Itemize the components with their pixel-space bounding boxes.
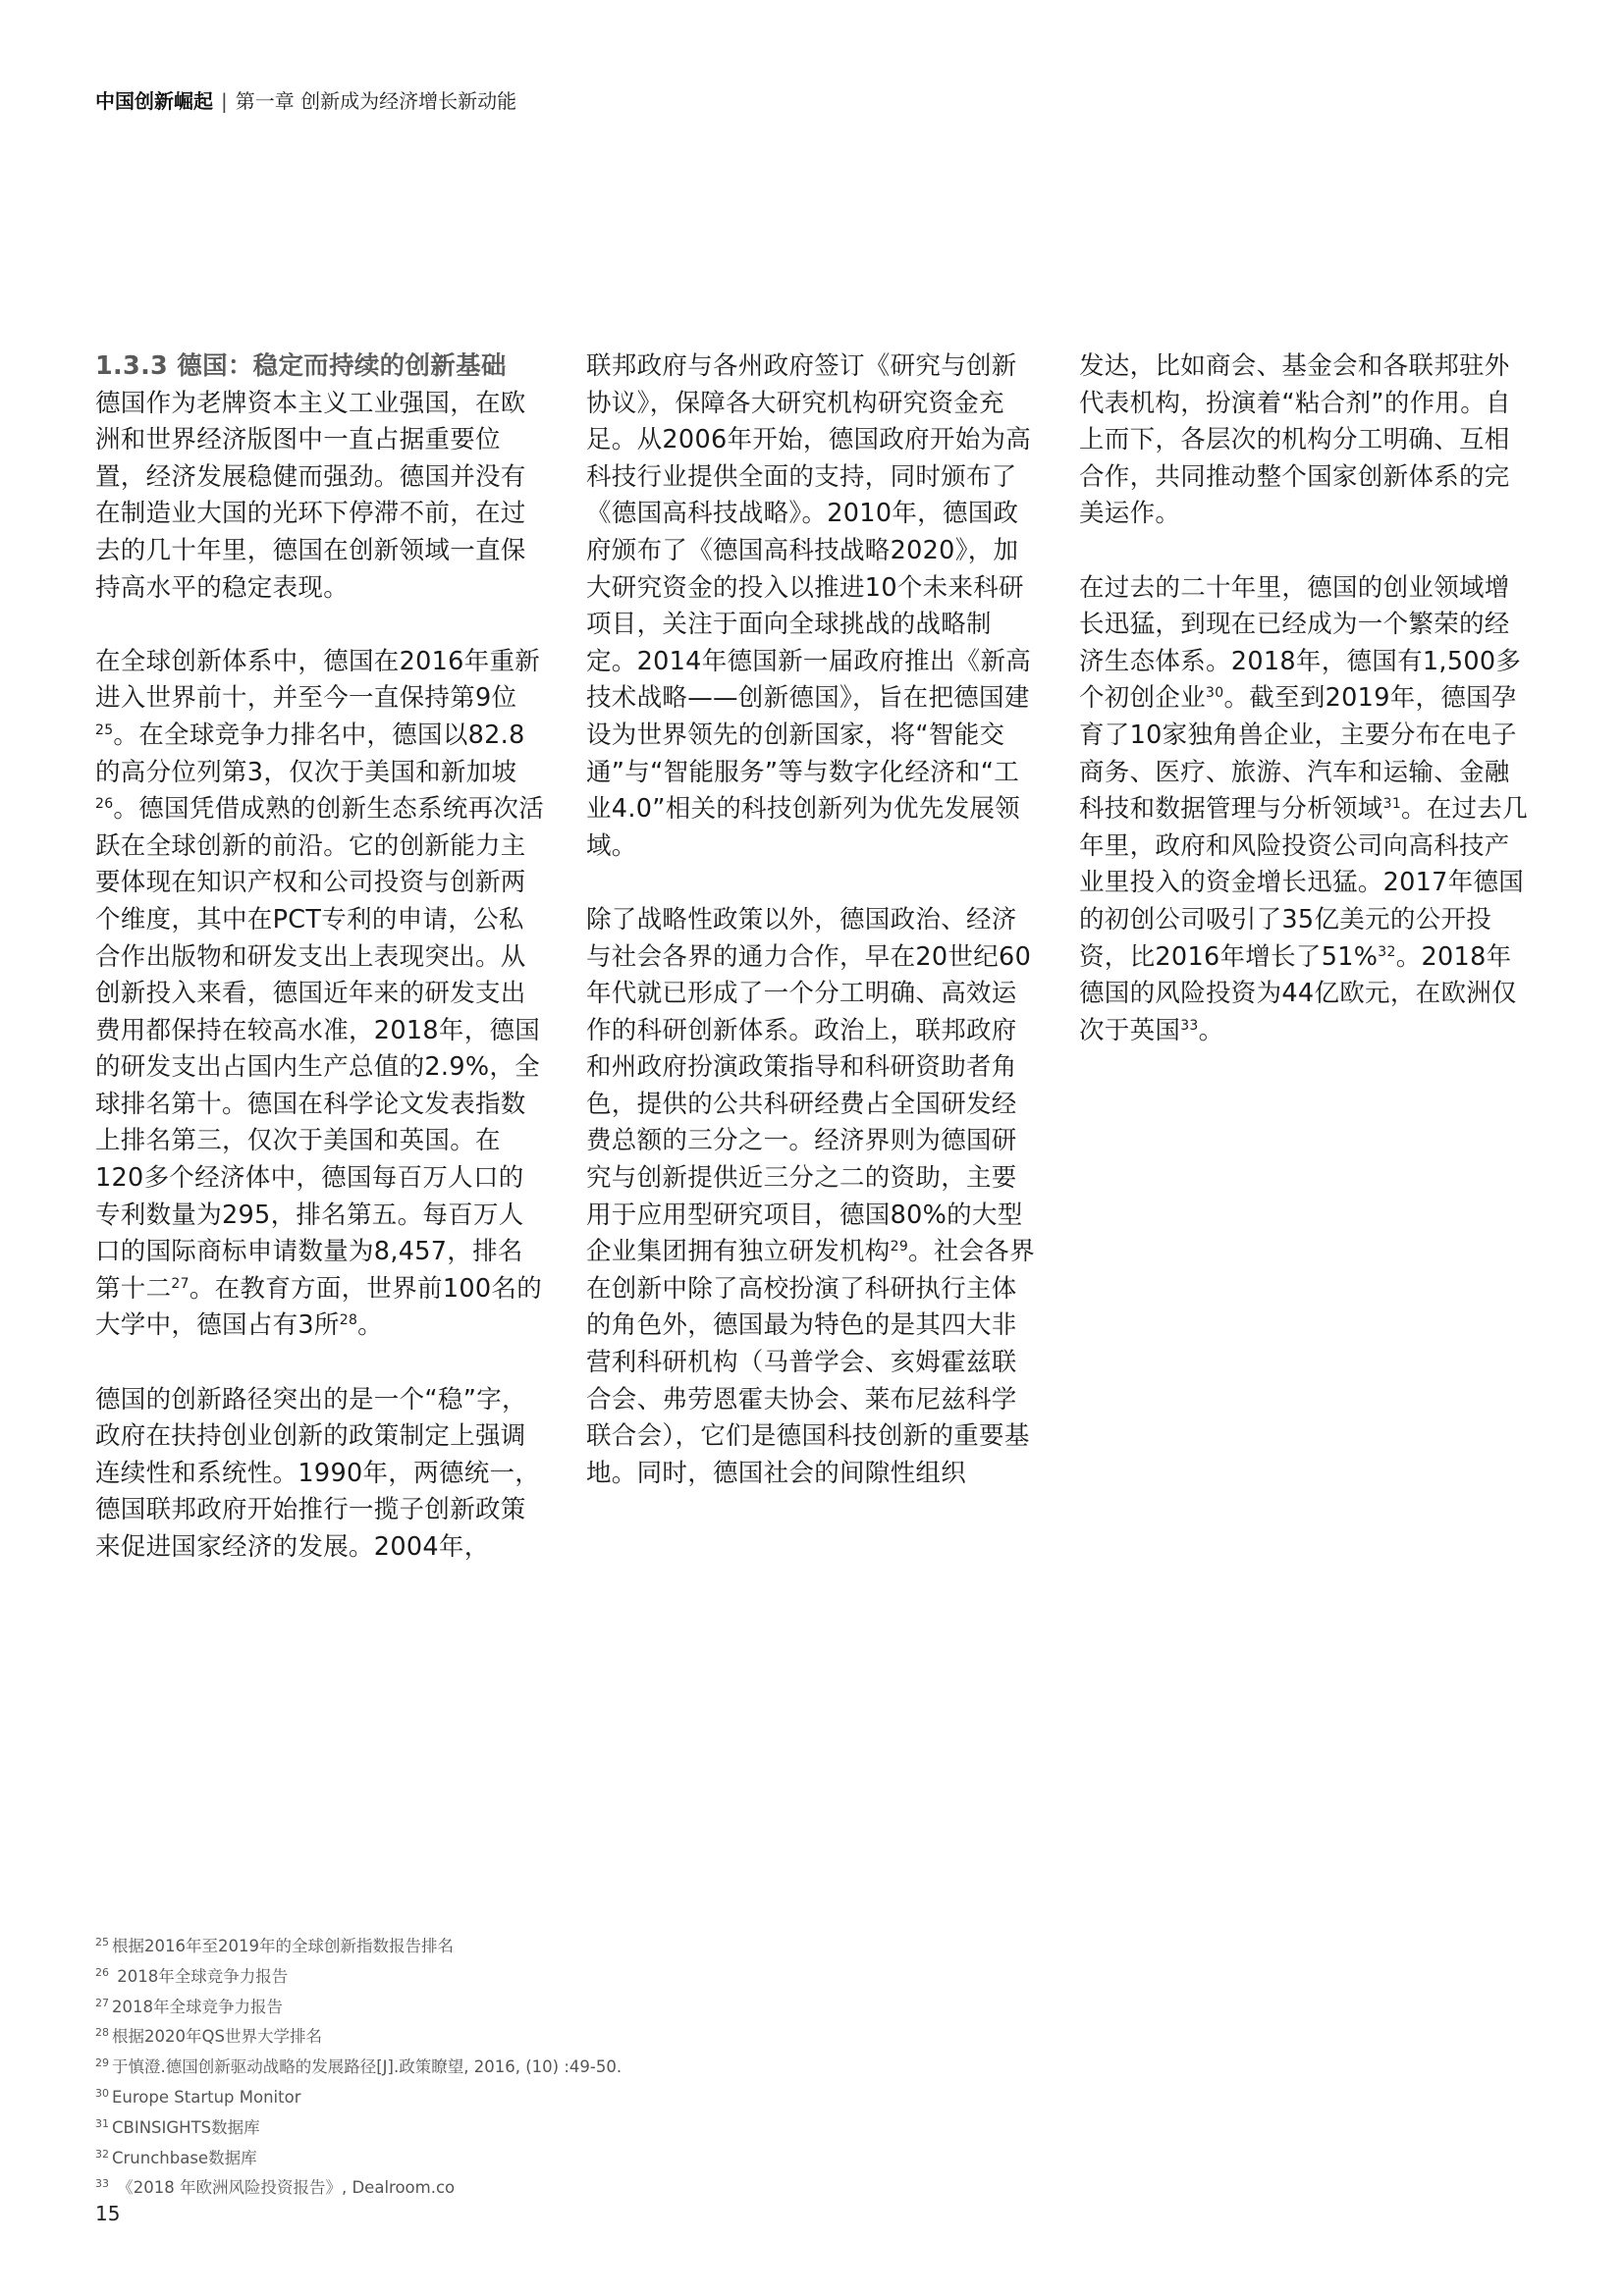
paragraph-text: 。 — [1199, 1016, 1224, 1045]
footnote-28: 28根据2020年QS世界大学排名 — [95, 2022, 622, 2053]
footnote-ref[interactable]: 28 — [340, 1312, 357, 1328]
footnote-number: 26 — [95, 1966, 109, 1979]
footnote-ref[interactable]: 32 — [1378, 944, 1395, 960]
paragraph-text: 。社会各界在创新中除了高校扮演了科研执行主体的角色外，德国最为特色的是其四大非营… — [586, 1237, 1035, 1488]
paragraph-text: 德国的创新路径突出的是一个“稳”字，政府在扶持创业创新的政策制定上强调连续性和系… — [95, 1385, 540, 1562]
paragraph: 在全球创新体系中，德国在2016年重新进入世界前十，并至今一直保持第9位25。在… — [95, 644, 545, 1345]
paragraph-text: 。 — [357, 1310, 383, 1340]
footnote-number: 25 — [95, 1936, 109, 1949]
paragraph-text: 在全球创新体系中，德国在2016年重新进入世界前十，并至今一直保持第9位 — [95, 647, 540, 714]
paragraph: 除了战略性政策以外，德国政治、经济与社会各界的通力合作，早在20世纪60年代就已… — [586, 902, 1036, 1493]
footnote-27: 272018年全球竞争力报告 — [95, 1993, 622, 2023]
paragraph-text: 联邦政府与各州政府签订《研究与创新协议》，保障各大研究机构研究资金充足。从200… — [586, 351, 1031, 861]
paragraph-text: 除了战略性政策以外，德国政治、经济与社会各界的通力合作，早在20世纪60年代就已… — [586, 905, 1031, 1266]
page-number: 15 — [95, 2202, 120, 2225]
footnote-number: 28 — [95, 2026, 109, 2039]
footnote-text: 根据2020年QS世界大学排名 — [112, 2027, 322, 2046]
header-separator: | — [221, 89, 228, 113]
footnote-31: 31CBINSIGHTS数据库 — [95, 2113, 622, 2144]
footnote-text: Europe Startup Monitor — [112, 2088, 300, 2107]
footnote-ref[interactable]: 26 — [95, 796, 113, 812]
paragraph-text: 。在全球竞争力排名中，德国以82.8的高分位列第3，仅次于美国和新加坡 — [95, 721, 525, 787]
footnote-text: 根据2016年至2019年的全球创新指数报告排名 — [112, 1937, 454, 1955]
book-title: 中国创新崛起 — [95, 89, 213, 113]
footnote-25: 25根据2016年至2019年的全球创新指数报告排名 — [95, 1932, 622, 1962]
footnote-ref[interactable]: 33 — [1180, 1018, 1198, 1034]
footnote-text: 《2018 年欧洲风险投资报告》, Dealroom.co — [112, 2178, 455, 2197]
paragraph: 在过去的二十年里，德国的创业领域增长迅猛，到现在已经成为一个繁荣的经济生态体系。… — [1079, 570, 1529, 1050]
footnote-30: 30Europe Startup Monitor — [95, 2083, 622, 2113]
footnote-number: 27 — [95, 1997, 109, 2009]
footnote-text: 2018年全球竞争力报告 — [112, 1998, 283, 2016]
running-header: 中国创新崛起|第一章 创新成为经济增长新动能 — [95, 88, 516, 114]
paragraph-text: 德国作为老牌资本主义工业强国，在欧洲和世界经济版图中一直占据重要位置，经济发展稳… — [95, 389, 526, 603]
paragraph: 联邦政府与各州政府签订《研究与创新协议》，保障各大研究机构研究资金充足。从200… — [586, 348, 1036, 865]
footnote-32: 32Crunchbase数据库 — [95, 2144, 622, 2174]
text-column-1: 1.3.3 德国：稳定而持续的创新基础 德国作为老牌资本主义工业强国，在欧洲和世… — [95, 348, 545, 1603]
footnote-29: 29于慎澄.德国创新驱动战略的发展路径[J].政策瞭望, 2016, (10) … — [95, 2053, 622, 2083]
footnote-text: 2018年全球竞争力报告 — [112, 1967, 288, 1986]
text-column-2: 联邦政府与各州政府签订《研究与创新协议》，保障各大研究机构研究资金充足。从200… — [586, 348, 1036, 1529]
footnote-number: 33 — [95, 2177, 109, 2190]
footnote-text: Crunchbase数据库 — [112, 2149, 257, 2167]
footnote-33: 33 《2018 年欧洲风险投资报告》, Dealroom.co — [95, 2173, 622, 2204]
section-heading: 1.3.3 德国：稳定而持续的创新基础 — [95, 348, 545, 386]
text-column-3: 发达，比如商会、基金会和各联邦驻外代表机构，扮演着“粘合剂”的作用。自上而下，各… — [1079, 348, 1529, 1087]
chapter-title: 第一章 创新成为经济增长新动能 — [236, 89, 516, 113]
paragraph-text: 。德国凭借成熟的创新生态系统再次活跃在全球创新的前沿。它的创新能力主要体现在知识… — [95, 794, 544, 1304]
footnote-number: 29 — [95, 2056, 109, 2069]
footnote-number: 32 — [95, 2148, 109, 2161]
footnote-text: CBINSIGHTS数据库 — [112, 2118, 260, 2137]
footnote-ref[interactable]: 25 — [95, 722, 113, 738]
footnote-ref[interactable]: 27 — [171, 1276, 189, 1292]
paragraph-text: 发达，比如商会、基金会和各联邦驻外代表机构，扮演着“粘合剂”的作用。自上而下，各… — [1079, 351, 1511, 528]
footnote-number: 31 — [95, 2117, 109, 2130]
paragraph: 德国作为老牌资本主义工业强国，在欧洲和世界经济版图中一直占据重要位置，经济发展稳… — [95, 386, 545, 608]
footnote-number: 30 — [95, 2087, 109, 2100]
footnote-26: 26 2018年全球竞争力报告 — [95, 1962, 622, 1993]
footnotes: 25根据2016年至2019年的全球创新指数报告排名 26 2018年全球竞争力… — [95, 1932, 622, 2204]
footnote-ref[interactable]: 31 — [1383, 796, 1401, 812]
footnote-text: 于慎澄.德国创新驱动战略的发展路径[J].政策瞭望, 2016, (10) :4… — [112, 2057, 622, 2076]
footnote-ref[interactable]: 30 — [1206, 685, 1223, 701]
footnote-ref[interactable]: 29 — [891, 1239, 908, 1255]
paragraph: 德国的创新路径突出的是一个“稳”字，政府在扶持创业创新的政策制定上强调连续性和系… — [95, 1382, 545, 1567]
paragraph: 发达，比如商会、基金会和各联邦驻外代表机构，扮演着“粘合剂”的作用。自上而下，各… — [1079, 348, 1529, 533]
